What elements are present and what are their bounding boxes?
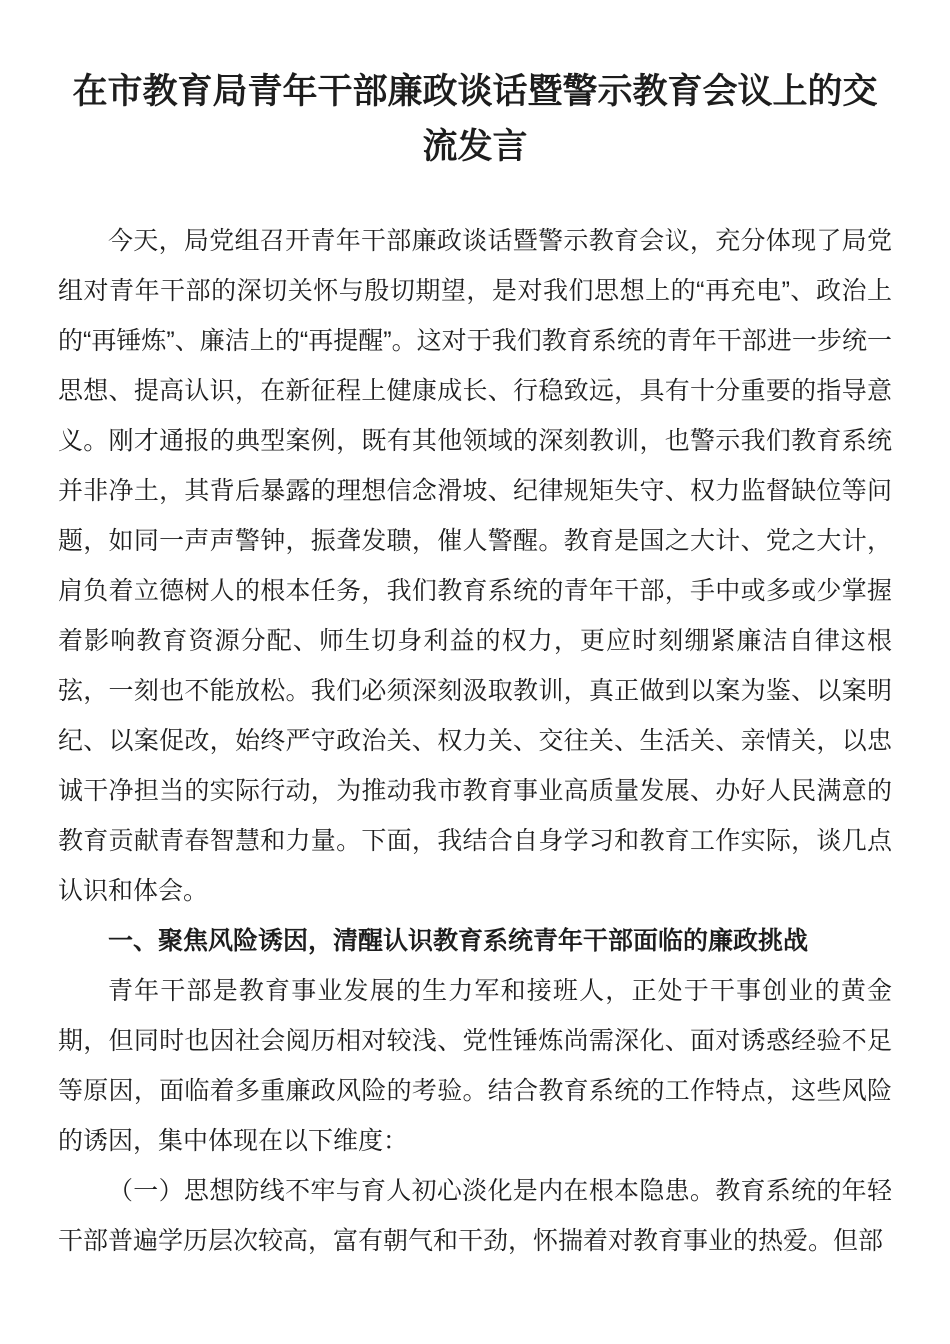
body-paragraph: 青年干部是教育事业发展的生力军和接班人，正处于干事创业的黄金期，但同时也因社会阅… <box>58 966 892 1166</box>
document-page: 在市教育局青年干部廉政谈话暨警示教育会议上的交流发言 今天，局党组召开青年干部廉… <box>0 0 950 1344</box>
body-paragraph: 今天，局党组召开青年干部廉政谈话暨警示教育会议，充分体现了局党组对青年干部的深切… <box>58 216 892 916</box>
document-body: 今天，局党组召开青年干部廉政谈话暨警示教育会议，充分体现了局党组对青年干部的深切… <box>58 216 892 1266</box>
document-title: 在市教育局青年干部廉政谈话暨警示教育会议上的交流发言 <box>62 64 888 174</box>
body-paragraph: （一）思想防线不牢与育人初心淡化是内在根本隐患。教育系统的年轻干部普遍学历层次较… <box>58 1166 892 1266</box>
section-heading: 一、聚焦风险诱因，清醒认识教育系统青年干部面临的廉政挑战 <box>58 916 892 966</box>
